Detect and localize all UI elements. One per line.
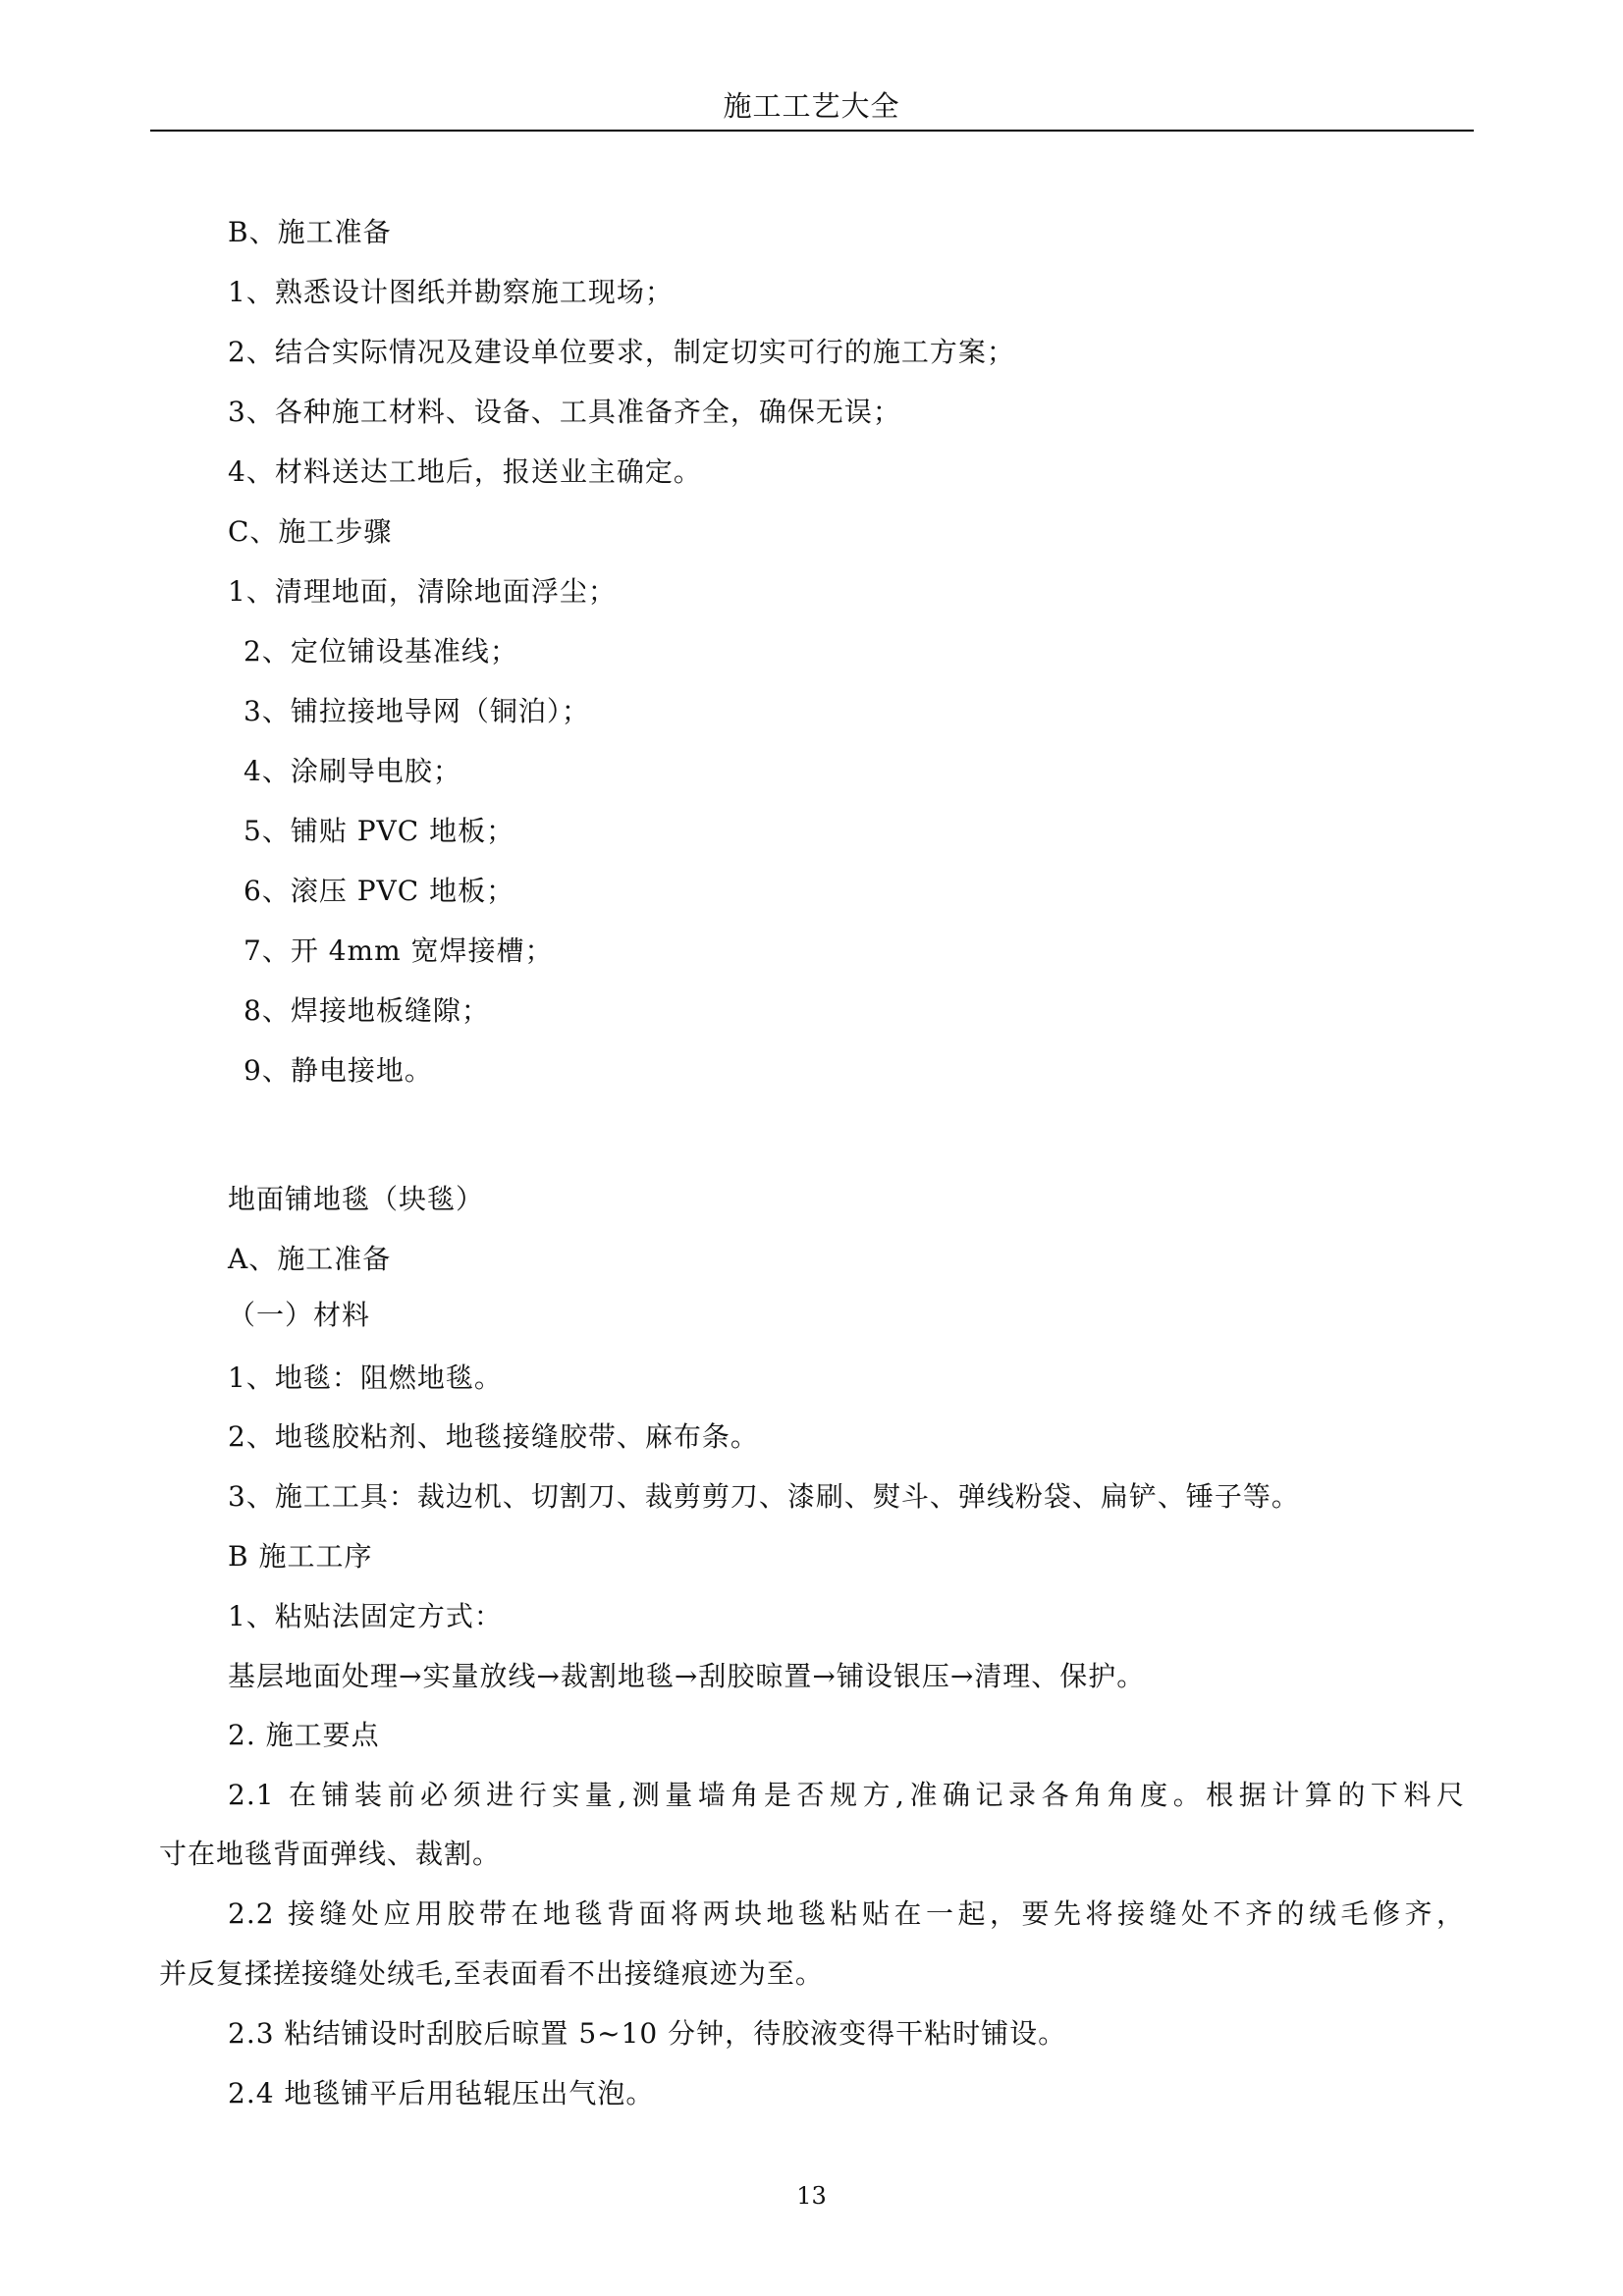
list-item: 1、地毯：阻燃地毯。 bbox=[228, 1359, 503, 1398]
list-item: 1、粘贴法固定方式： bbox=[228, 1597, 503, 1636]
process-flow: 基层地面处理→实量放线→裁割地毯→刮胶晾置→铺设银压→清理、保护。 bbox=[228, 1657, 1145, 1696]
paragraph-line: 并反复揉搓接缝处绒毛,至表面看不出接缝痕迹为至。 bbox=[159, 1954, 824, 1994]
list-item: 5、铺贴 PVC 地板； bbox=[243, 812, 514, 851]
list-item: 3、施工工具：裁边机、切割刀、裁剪剪刀、漆刷、熨斗、弹线粉袋、扁铲、锤子等。 bbox=[228, 1477, 1300, 1517]
header-rule bbox=[150, 130, 1474, 132]
list-item: 2、地毯胶粘剂、地毯接缝胶带、麻布条。 bbox=[228, 1417, 759, 1457]
paragraph-line: 寸在地毯背面弹线、裁割。 bbox=[159, 1835, 501, 1874]
subsection-heading-key-points: 2. 施工要点 bbox=[228, 1716, 380, 1755]
list-item: 1、清理地面，清除地面浮尘； bbox=[228, 572, 617, 612]
list-item: 3、铺拉接地导网（铜泊）； bbox=[243, 692, 590, 731]
page-header-title: 施工工艺大全 bbox=[0, 88, 1623, 124]
list-item: 4、材料送达工地后，报送业主确定。 bbox=[228, 453, 702, 492]
list-item: 4、涂刷导电胶； bbox=[243, 752, 461, 791]
paragraph-line: 2.3 粘结铺设时刮胶后晾置 5~10 分钟，待胶液变得干粘时铺设。 bbox=[228, 2014, 1066, 2054]
section-heading-steps: C、施工步骤 bbox=[228, 512, 392, 552]
subsection-heading-materials: （一）材料 bbox=[228, 1296, 370, 1335]
list-item: 7、开 4mm 宽焊接槽； bbox=[243, 932, 554, 971]
list-item: 8、焊接地板缝隙； bbox=[243, 991, 490, 1031]
page-number: 13 bbox=[0, 2181, 1623, 2211]
list-item: 2、结合实际情况及建设单位要求，制定切实可行的施工方案； bbox=[228, 333, 1015, 372]
paragraph-line: 2.4 地毯铺平后用毡辊压出气泡。 bbox=[228, 2074, 654, 2113]
section-heading-procedure: B 施工工序 bbox=[228, 1537, 372, 1576]
paragraph-line: 2.1 在铺装前必须进行实量,测量墙角是否规方,准确记录各角角度。根据计算的下料… bbox=[228, 1776, 1465, 1815]
section-heading-preparation: B、施工准备 bbox=[228, 213, 392, 252]
list-item: 3、各种施工材料、设备、工具准备齐全，确保无误； bbox=[228, 393, 901, 432]
list-item: 9、静电接地。 bbox=[243, 1051, 433, 1091]
paragraph-line: 2.2 接缝处应用胶带在地毯背面将两块地毯粘贴在一起，要先将接缝处不齐的绒毛修齐… bbox=[228, 1895, 1465, 1934]
section-heading-preparation: A、施工准备 bbox=[228, 1240, 391, 1279]
list-item: 6、滚压 PVC 地板； bbox=[243, 872, 514, 911]
list-item: 2、定位铺设基准线； bbox=[243, 632, 518, 671]
list-item: 1、熟悉设计图纸并勘察施工现场； bbox=[228, 273, 674, 312]
section-title-carpet: 地面铺地毯（块毯） bbox=[228, 1180, 484, 1219]
